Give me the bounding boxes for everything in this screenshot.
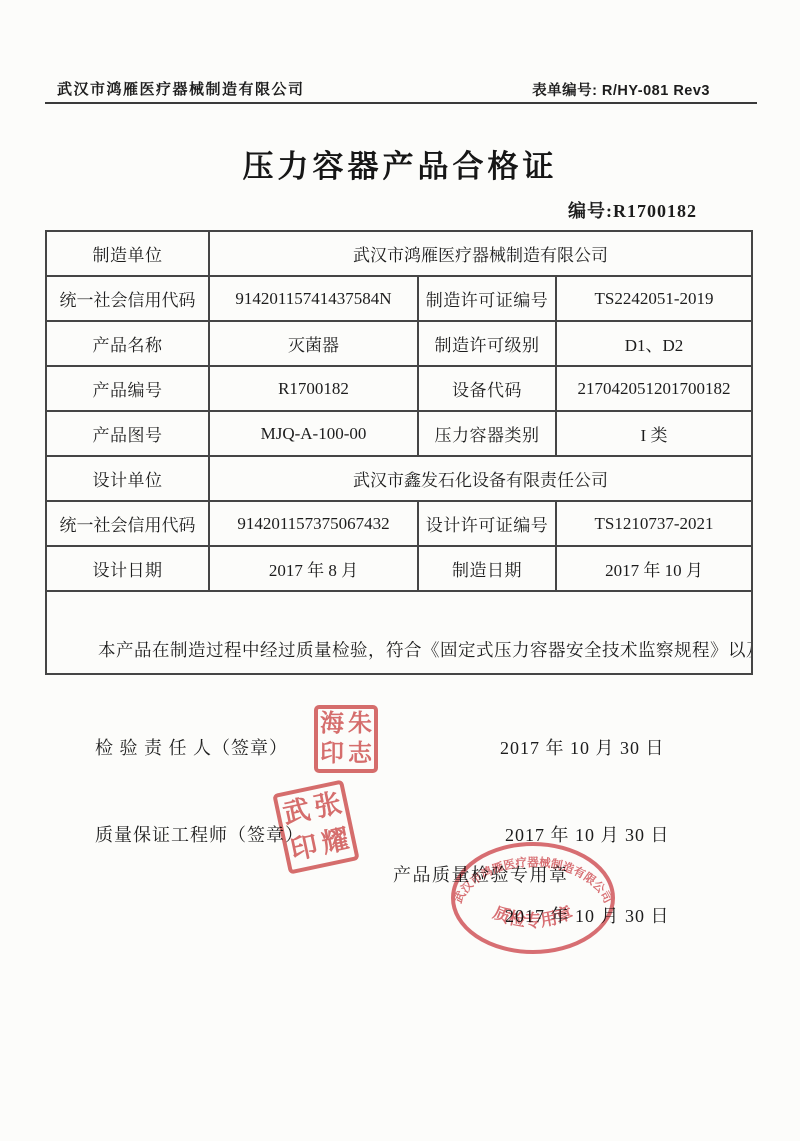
table-label-cell: 制造许可级别 [418, 321, 556, 366]
inspector-signature-date: 2017 年 10 月 30 日 [500, 734, 665, 760]
table-row-product-number: 产品编号 R1700182 设备代码 217042051201700182 [46, 366, 752, 411]
table-value-cell: 武汉市鑫发石化设备有限责任公司 [209, 456, 752, 501]
stamp-character: 志 [346, 739, 374, 769]
table-value-cell: 武汉市鸿雁医疗器械制造有限公司 [209, 231, 752, 276]
table-label-cell: 设计许可证编号 [418, 501, 556, 546]
table-value-cell: R1700182 [209, 366, 418, 411]
table-value-cell: TS2242051-2019 [556, 276, 752, 321]
table-label-cell: 制造单位 [46, 231, 209, 276]
table-row-design-unit: 设计单位 武汉市鑫发石化设备有限责任公司 [46, 456, 752, 501]
qa-engineer-name-stamp: 武 张 印 耀 [272, 779, 359, 874]
table-row-statement: 本产品在制造过程中经过质量检验，符合《固定式压力容器安全技术监察规程》以及其设计… [46, 591, 752, 674]
certificate-table: 制造单位 武汉市鸿雁医疗器械制造有限公司 统一社会信用代码 9142011574… [45, 230, 753, 675]
certificate-number: 编号:R1700182 [568, 197, 697, 223]
table-row-dates: 设计日期 2017 年 8 月 制造日期 2017 年 10 月 [46, 546, 752, 591]
table-row-drawing-number: 产品图号 MJQ-A-100-00 压力容器类别 I 类 [46, 411, 752, 456]
table-label-cell: 设计单位 [46, 456, 209, 501]
table-value-cell: D1、D2 [556, 321, 752, 366]
table-row-manufacturer-credit-code: 统一社会信用代码 91420115741437584N 制造许可证编号 TS22… [46, 276, 752, 321]
table-label-cell: 设备代码 [418, 366, 556, 411]
company-oval-stamp: 武汉市鸿雁医疗器械制造有限公司 质检专用章 [447, 839, 619, 957]
table-value-cell: MJQ-A-100-00 [209, 411, 418, 456]
table-row-product-name: 产品名称 灭菌器 制造许可级别 D1、D2 [46, 321, 752, 366]
table-label-cell: 制造日期 [418, 546, 556, 591]
table-value-cell: I 类 [556, 411, 752, 456]
table-label-cell: 产品编号 [46, 366, 209, 411]
table-label-cell: 制造许可证编号 [418, 276, 556, 321]
table-row-manufacturer: 制造单位 武汉市鸿雁医疗器械制造有限公司 [46, 231, 752, 276]
table-value-cell: 2017 年 8 月 [209, 546, 418, 591]
header-form-number: 表单编号: R/HY-081 Rev3 [532, 79, 710, 100]
table-value-cell: TS1210737-2021 [556, 501, 752, 546]
table-label-cell: 统一社会信用代码 [46, 501, 209, 546]
stamp-character: 朱 [346, 709, 374, 739]
qa-engineer-signature-label: 质量保证工程师（签章） [95, 821, 304, 847]
table-value-cell: 217042051201700182 [556, 366, 752, 411]
stamp-character: 海 [318, 709, 346, 739]
oval-stamp-bottom-arc-text: 质检专用章 [490, 902, 575, 931]
table-row-design-credit-code: 统一社会信用代码 914201157375067432 设计许可证编号 TS12… [46, 501, 752, 546]
table-label-cell: 压力容器类别 [418, 411, 556, 456]
quality-statement: 本产品在制造过程中经过质量检验，符合《固定式压力容器安全技术监察规程》以及其设计… [63, 628, 735, 673]
stamp-character: 印 [318, 739, 346, 769]
table-label-cell: 产品名称 [46, 321, 209, 366]
header-company-name: 武汉市鸿雁医疗器械制造有限公司 [57, 78, 305, 99]
svg-text:质检专用章: 质检专用章 [490, 902, 575, 931]
certificate-page: 武汉市鸿雁医疗器械制造有限公司 表单编号: R/HY-081 Rev3 压力容器… [0, 0, 800, 1141]
inspector-name-stamp: 海 朱 印 志 [314, 705, 378, 773]
page-title: 压力容器产品合格证 [0, 141, 800, 186]
statement-cell: 本产品在制造过程中经过质量检验，符合《固定式压力容器安全技术监察规程》以及其设计… [46, 591, 752, 674]
table-label-cell: 产品图号 [46, 411, 209, 456]
table-value-cell: 914201157375067432 [209, 501, 418, 546]
inspector-signature-label: 检 验 责 任 人（签章） [95, 734, 288, 760]
header-divider [45, 102, 757, 104]
table-label-cell: 统一社会信用代码 [46, 276, 209, 321]
table-value-cell: 2017 年 10 月 [556, 546, 752, 591]
stamp-character: 耀 [316, 820, 355, 863]
table-value-cell: 灭菌器 [209, 321, 418, 366]
table-value-cell: 91420115741437584N [209, 276, 418, 321]
table-label-cell: 设计日期 [46, 546, 209, 591]
